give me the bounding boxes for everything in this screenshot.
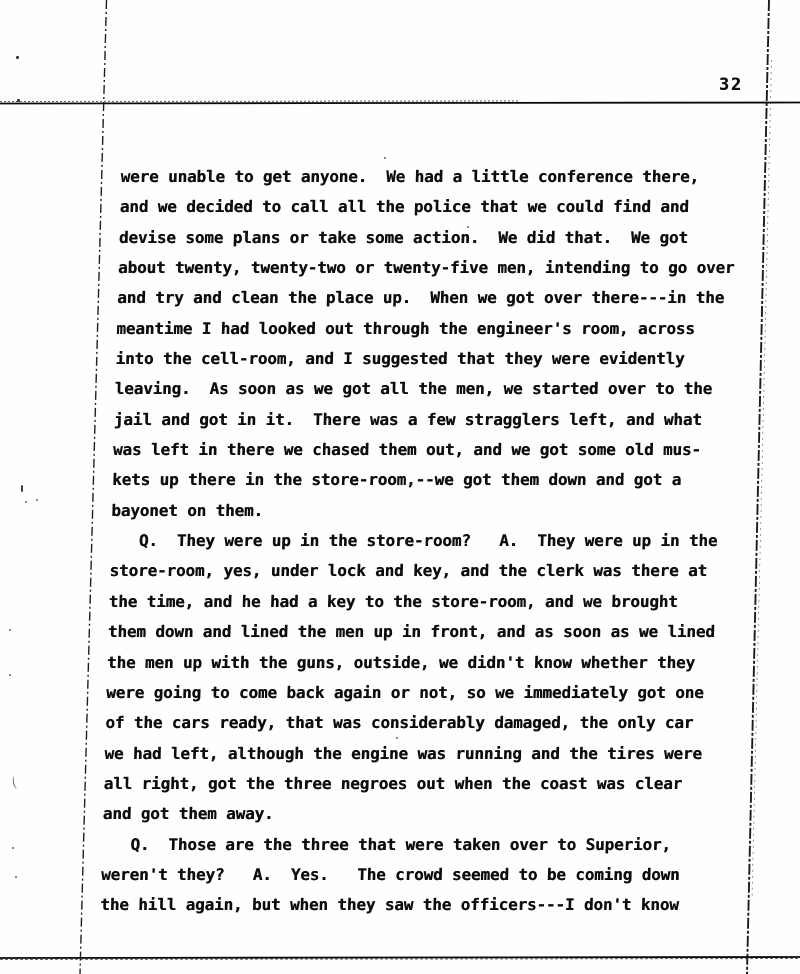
transcript-line: the men up with the guns, outside, we di… [0,648,786,678]
scan-speck [384,157,386,159]
transcript-line: about twenty, twenty-two or twenty-five … [0,253,797,283]
transcript-line: the time, and he had a key to the store-… [0,587,788,617]
transcript-line: and got them away. [0,799,782,829]
transcript-line: all right, got the three negroes out whe… [0,769,783,799]
scan-speck [25,501,27,503]
transcript-line: Q. Those are the three that were taken o… [0,830,781,860]
scan-speck [16,56,19,59]
transcript-line: of the cars ready, that was considerably… [0,708,785,738]
bottom-rule-texture [0,959,800,960]
transcript-line: was left in there we chased them out, an… [0,435,792,465]
transcript-line: bayonet on them. [0,496,791,526]
transcript-line: and we decided to call all the police th… [0,192,799,222]
page-number: 32 [719,75,743,94]
transcript-line: them down and lined the men up in front,… [0,617,787,647]
scan-speck [9,674,11,676]
transcript-line: were going to come back again or not, so… [0,678,786,708]
scan-speck [396,737,398,739]
scan-speck [12,847,14,849]
transcript-line: weren't they? A. Yes. The crowd seemed t… [0,860,781,890]
transcript-line: jail and got in it. There was a few stra… [0,405,793,435]
transcript-line: and try and clean the place up. When we … [0,283,797,313]
transcript-line: store-room, yes, under lock and key, and… [0,556,789,586]
scanned-document-page: 32 were unable to get anyone. We had a l… [0,0,800,974]
top-rule-texture [0,101,520,102]
scan-speck [21,485,23,492]
scan-speck [467,226,469,228]
transcript-line: into the cell-room, and I suggested that… [0,344,795,374]
transcript-line: meantime I had looked out through the en… [0,314,796,344]
scan-speck [36,499,38,501]
transcript-line: the hill again, but when they saw the of… [0,890,780,920]
top-rule-line [0,103,800,104]
transcript-text-block: were unable to get anyone. We had a litt… [0,162,800,921]
bottom-rule-line [0,957,800,958]
transcript-line: we had left, although the engine was run… [0,739,784,769]
scan-speck [9,629,11,631]
scan-speck [15,876,17,878]
transcript-line: Q. They were up in the store-room? A. Th… [0,526,790,556]
transcript-line: devise some plans or take some action. W… [0,223,798,253]
transcript-line: kets up there in the store-room,--we got… [0,465,792,495]
transcript-line: were unable to get anyone. We had a litt… [0,162,800,192]
scan-speck [17,99,20,102]
transcript-line: leaving. As soon as we got all the men, … [0,374,794,404]
